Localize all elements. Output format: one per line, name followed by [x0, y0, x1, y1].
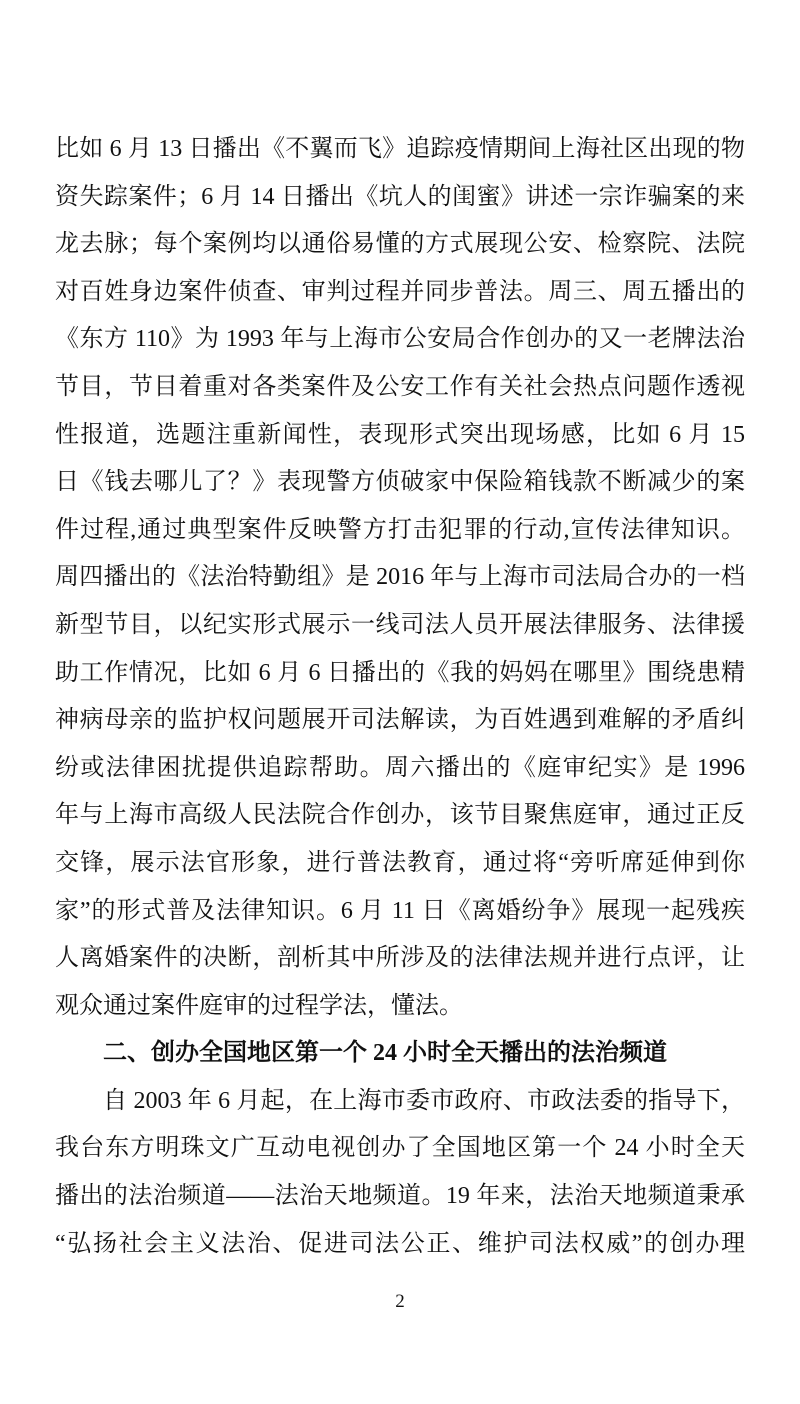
text-line: 节目，节目着重对各类案件及公安工作有关社会热点问题作透视 [55, 364, 745, 412]
text-line: 新型节目，以纪实形式展示一线司法人员开展法律服务、法律援 [55, 602, 745, 650]
text-line: 资失踪案件；6 月 14 日播出《坑人的闺蜜》讲述一宗诈骗案的来 [55, 174, 745, 222]
text-line: 交锋，展示法官形象，进行普法教育，通过将“旁听席延伸到你 [55, 840, 745, 888]
text-line: 年与上海市高级人民法院合作创办，该节目聚焦庭审，通过正反 [55, 792, 745, 840]
text-line: 我台东方明珠文广互动电视创办了全国地区第一个 24 小时全天 [55, 1125, 745, 1173]
text-line: 件过程,通过典型案件反映警方打击犯罪的行动,宣传法律知识。 [55, 507, 745, 555]
document-page: 比如 6 月 13 日播出《不翼而飞》追踪疫情期间上海社区出现的物资失踪案件；6… [0, 0, 800, 1404]
text-line: “弘扬社会主义法治、促进司法公正、维护司法权威”的创办理 [55, 1221, 745, 1269]
text-line: 观众通过案件庭审的过程学法，懂法。 [55, 983, 745, 1031]
text-line: 助工作情况，比如 6 月 6 日播出的《我的妈妈在哪里》围绕患精 [55, 650, 745, 698]
text-line: 《东方 110》为 1993 年与上海市公安局合作创办的又一老牌法治 [55, 316, 745, 364]
text-line: 对百姓身边案件侦查、审判过程并同步普法。周三、周五播出的 [55, 269, 745, 317]
text-line: 自 2003 年 6 月起，在上海市委市政府、市政法委的指导下， [55, 1078, 745, 1126]
text-line: 龙去脉；每个案例均以通俗易懂的方式展现公安、检察院、法院 [55, 221, 745, 269]
text-line: 播出的法治频道——法治天地频道。19 年来，法治天地频道秉承 [55, 1173, 745, 1221]
text-line: 比如 6 月 13 日播出《不翼而飞》追踪疫情期间上海社区出现的物 [55, 126, 745, 174]
document-body: 比如 6 月 13 日播出《不翼而飞》追踪疫情期间上海社区出现的物资失踪案件；6… [55, 126, 745, 1268]
text-line: 人离婚案件的决断，剖析其中所涉及的法律法规并进行点评，让 [55, 935, 745, 983]
text-line: 家”的形式普及法律知识。6 月 11 日《离婚纷争》展现一起残疾 [55, 888, 745, 936]
text-line: 纷或法律困扰提供追踪帮助。周六播出的《庭审纪实》是 1996 [55, 745, 745, 793]
page-number: 2 [0, 1288, 800, 1316]
text-line: 日《钱去哪儿了？》表现警方侦破家中保险箱钱款不断减少的案 [55, 459, 745, 507]
text-line: 性报道，选题注重新闻性，表现形式突出现场感，比如 6 月 15 [55, 412, 745, 460]
text-line: 周四播出的《法治特勤组》是 2016 年与上海市司法局合办的一档 [55, 554, 745, 602]
section-heading: 二、创办全国地区第一个 24 小时全天播出的法治频道 [55, 1030, 745, 1078]
text-line: 神病母亲的监护权问题展开司法解读，为百姓遇到难解的矛盾纠 [55, 697, 745, 745]
